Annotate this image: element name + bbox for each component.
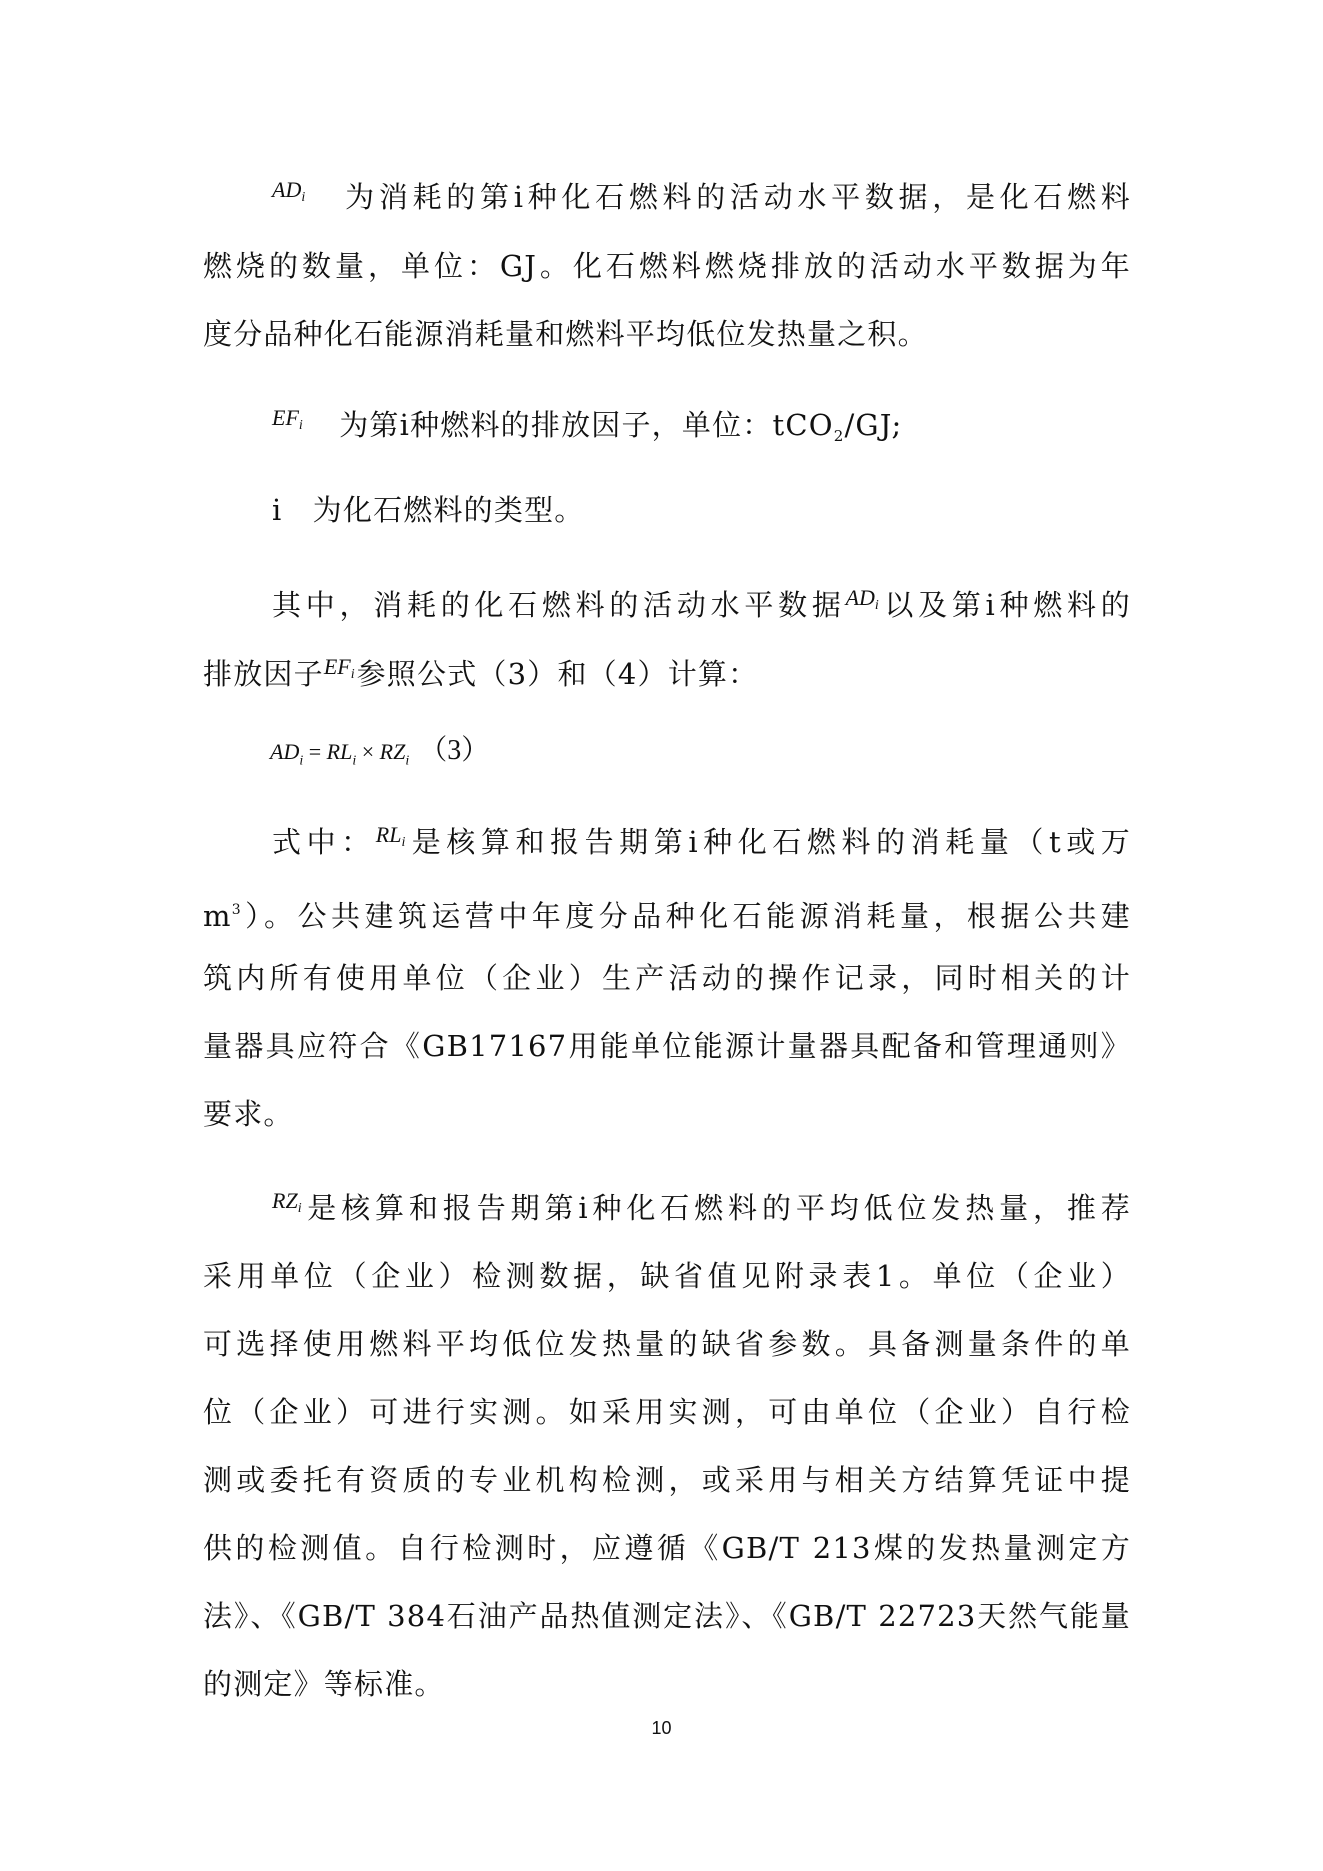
p2-line-1: EFi 为第i种燃料的排放因子，单位：tCO2/GJ; (272, 405, 1131, 456)
var-subscript: i (875, 598, 879, 613)
text: 式中： (272, 825, 376, 859)
var-name: RL (376, 822, 402, 847)
var-subscript: i (299, 418, 303, 433)
var-name: RL (327, 739, 353, 764)
var-name: AD (846, 585, 875, 610)
text: 排放因子 (203, 657, 324, 691)
p5-line-5: 要求。 (203, 1094, 1131, 1134)
p6-line-8: 的测定》等标准。 (203, 1664, 1131, 1704)
p6-line-2: 采用单位（企业）检测数据，缺省值见附录表1。单位（企业） (203, 1256, 1131, 1296)
p4-line-1: 其中，消耗的化石燃料的活动水平数据ADi以及第i种燃料的 (272, 585, 1131, 636)
subscript-2: 2 (834, 427, 845, 445)
p5-line-3: 筑内所有使用单位（企业）生产活动的操作记录，同时相关的计 (203, 958, 1131, 998)
var-subscript: i (351, 667, 355, 682)
p6-line-4: 位（企业）可进行实测。如采用实测，可由单位（企业）自行检 (203, 1392, 1131, 1432)
variable-ef-i: EFi (272, 405, 303, 430)
p3-line-1: i 为化石燃料的类型。 (272, 490, 1131, 530)
var-name: EF (272, 405, 299, 430)
formula-term-rz: RZi (380, 739, 410, 764)
text: 以及第i种燃料的 (881, 588, 1131, 622)
p1-line-2: 燃烧的数量，单位：GJ。化石燃料燃烧排放的活动水平数据为年 (203, 246, 1131, 286)
var-subscript: i (301, 190, 305, 205)
text: 其中，消耗的化石燃料的活动水平数据 (272, 588, 846, 622)
text: ）。公共建筑运营中年度分品种化石能源消耗量，根据公共建 (242, 899, 1131, 933)
p5-line-2: m3）。公共建筑运营中年度分品种化石能源消耗量，根据公共建 (203, 890, 1131, 936)
var-name: AD (272, 177, 301, 202)
variable-ad-i: ADi (846, 585, 879, 610)
equation-number: （3） (419, 735, 489, 766)
formula-3: ADi = RLi × RZi（3） (270, 728, 489, 769)
var-name: RZ (272, 1188, 298, 1213)
formula-term-rl: RLi (327, 739, 357, 764)
document-page: ADi 为消耗的第i种化石燃料的活动水平数据，是化石燃料 燃烧的数量，单位：GJ… (0, 0, 1323, 1871)
times-sign: × (356, 739, 379, 764)
p5-line-4: 量器具应符合《GB17167用能单位能源计量器具配备和管理通则》 (203, 1026, 1131, 1066)
text: 是核算和报告期第i种化石燃料的消耗量（t或万 (407, 825, 1131, 859)
page-number: 10 (0, 1718, 1323, 1739)
p4-line-2: 排放因子EFi参照公式（3）和（4）计算： (203, 654, 1131, 705)
var-name: RZ (380, 739, 406, 764)
p6-line-5: 测或委托有资质的专业机构检测，或采用与相关方结算凭证中提 (203, 1460, 1131, 1500)
variable-rz-i: RZi (272, 1188, 302, 1213)
var-subscript: i (405, 753, 409, 768)
var-subscript: i (401, 835, 405, 850)
var-name: EF (324, 654, 351, 679)
variable-ad-i: ADi (272, 177, 305, 202)
text: m (203, 899, 232, 933)
text: /GJ; (844, 408, 902, 442)
superscript-3: 3 (232, 902, 242, 918)
variable-ef-i: EFi (324, 654, 355, 679)
text: 参照公式（3）和（4）计算： (357, 657, 759, 691)
p5-line-1: 式中：RLi是核算和报告期第i种化石燃料的消耗量（t或万 (272, 822, 1131, 873)
p6-line-6: 供的检测值。自行检测时，应遵循《GB/T 213煤的发热量测定方 (203, 1528, 1131, 1568)
p1-line-3: 度分品种化石能源消耗量和燃料平均低位发热量之积。 (203, 314, 1131, 354)
formula-lhs: ADi (270, 739, 303, 764)
p6-line-7: 法》、《GB/T 384石油产品热值测定法》、《GB/T 22723天然气能量 (203, 1596, 1131, 1636)
p6-line-1: RZi是核算和报告期第i种化石燃料的平均低位发热量，推荐 (272, 1188, 1131, 1239)
equals-sign: = (303, 739, 326, 764)
text: 为第i种燃料的排放因子，单位：tCO (339, 408, 834, 442)
p6-line-3: 可选择使用燃料平均低位发热量的缺省参数。具备测量条件的单 (203, 1324, 1131, 1364)
text: 为消耗的第i种化石燃料的活动水平数据，是化石燃料 (345, 180, 1131, 214)
var-name: AD (270, 739, 299, 764)
text: 是核算和报告期第i种化石燃料的平均低位发热量，推荐 (304, 1191, 1131, 1225)
p1-line-1: ADi 为消耗的第i种化石燃料的活动水平数据，是化石燃料 (272, 177, 1131, 228)
variable-rl-i: RLi (376, 822, 406, 847)
var-subscript: i (298, 1201, 302, 1216)
